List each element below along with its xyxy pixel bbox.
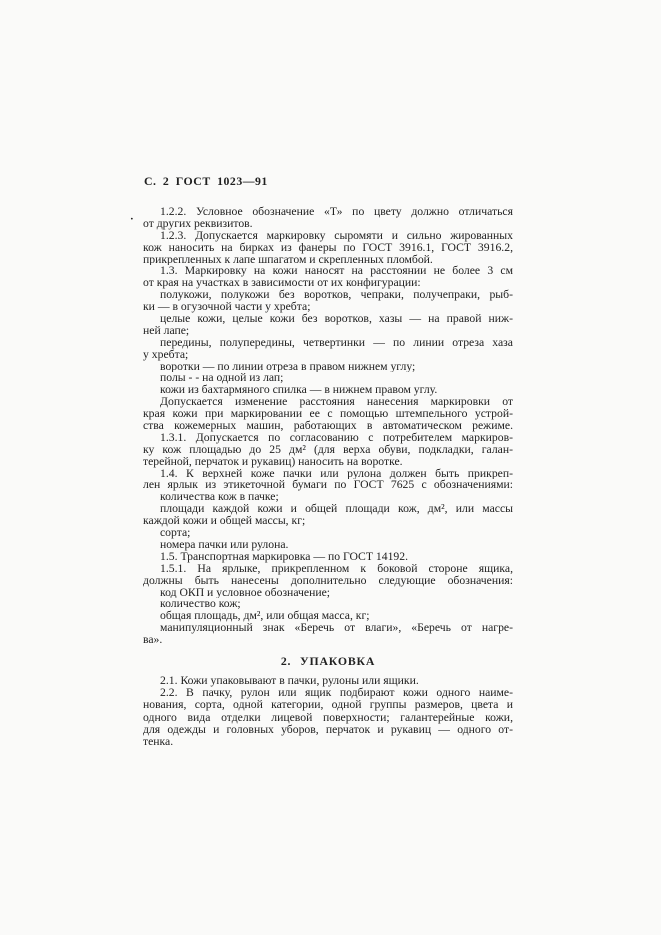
text-line: 1.3. Маркировку на кожи наносят на расст… [143, 265, 513, 277]
text-line: одного вида отделки лицевой поверхности;… [143, 712, 513, 724]
text-line: каждой кожи и общей массы, кг; [143, 515, 513, 527]
text-line: Допускается изменение расстояния нанесен… [143, 396, 513, 408]
text-line: от других реквизитов. [143, 218, 513, 230]
section-heading: 2. УПАКОВКА [143, 655, 513, 667]
text-line: целые кожи, целые кожи без воротков, хаз… [143, 313, 513, 325]
text-line: ней лапе; [143, 325, 513, 337]
text-line: 1.3.1. Допускается по согласованию с пот… [143, 432, 513, 444]
text-line: общая площадь, дм², или общая масса, кг; [143, 610, 513, 622]
text-line: кож наносить на бирках из фанеры по ГОСТ… [143, 242, 513, 254]
text-line: края кожи при маркировании ее с помощью … [143, 408, 513, 420]
text-line: площади каждой кожи и общей площади кож,… [143, 503, 513, 515]
text-line: для одежды и головных уборов, перчаток и… [143, 724, 513, 736]
text-line: ку кож площадью до 25 дм² (для верха обу… [143, 444, 513, 456]
text-line: 1.5.1. На ярлыке, прикрепленном к боково… [143, 563, 513, 575]
text-line: должны быть нанесены дополнительно следу… [143, 575, 513, 587]
text-line: количество кож; [143, 598, 513, 610]
scan-artifact-dot: · [130, 213, 134, 225]
text-line: прикрепленных к лапе шпагатом и скреплен… [143, 254, 513, 266]
text-line: 2.2. В пачку, рулон или ящик подбирают к… [143, 687, 513, 699]
text-line: полукожи, полукожи без воротков, чепраки… [143, 289, 513, 301]
text-line: сорта; [143, 527, 513, 539]
text-line: 1.5. Транспортная маркировка — по ГОСТ 1… [143, 551, 513, 563]
text-line: у хребта; [143, 349, 513, 361]
text-line: терейной, перчаток и рукавиц) наносить н… [143, 456, 513, 468]
text-line: номера пачки или рулона. [143, 539, 513, 551]
text-line: лен ярлык из этикеточной бумаги по ГОСТ … [143, 479, 513, 491]
text-line: 1.2.2. Условное обозначение «Т» по цвету… [143, 206, 513, 218]
text-line: манипуляционный знак «Беречь от влаги», … [143, 622, 513, 634]
text-line: ства кожемерных машин, работающих в авто… [143, 420, 513, 432]
text-line: нования, сорта, одной категории, одной г… [143, 699, 513, 711]
text-block: 1.2.2. Условное обозначение «Т» по цвету… [143, 206, 513, 748]
text-line: 1.4. К верхней коже пачки или рулона дол… [143, 468, 513, 480]
text-line: 2.1. Кожи упаковывают в пачки, рулоны ил… [143, 675, 513, 687]
text-line: код ОКП и условное обозначение; [143, 587, 513, 599]
text-line: от края на участках в зависимости от их … [143, 277, 513, 289]
page-header: С. 2 ГОСТ 1023—91 [144, 174, 268, 189]
scanned-document-page: { "colors": { "paper": "#fafaf9", "ink":… [0, 0, 661, 935]
text-line: тенка. [143, 736, 513, 748]
text-line: полы - - на одной из лап; [143, 372, 513, 384]
text-line: количества кож в пачке; [143, 491, 513, 503]
text-line: ки — в огузочной части у хребта; [143, 301, 513, 313]
text-line: передины, полупередины, четвертинки — по… [143, 337, 513, 349]
section-2-body: 2.1. Кожи упаковывают в пачки, рулоны ил… [143, 675, 513, 748]
text-line: 1.2.3. Допускается маркировку сыромяти и… [143, 230, 513, 242]
text-line: воротки — по линии отреза в правом нижне… [143, 361, 513, 373]
text-line: ва». [143, 634, 513, 646]
text-line: кожи из бахтармяного спилка — в нижнем п… [143, 384, 513, 396]
